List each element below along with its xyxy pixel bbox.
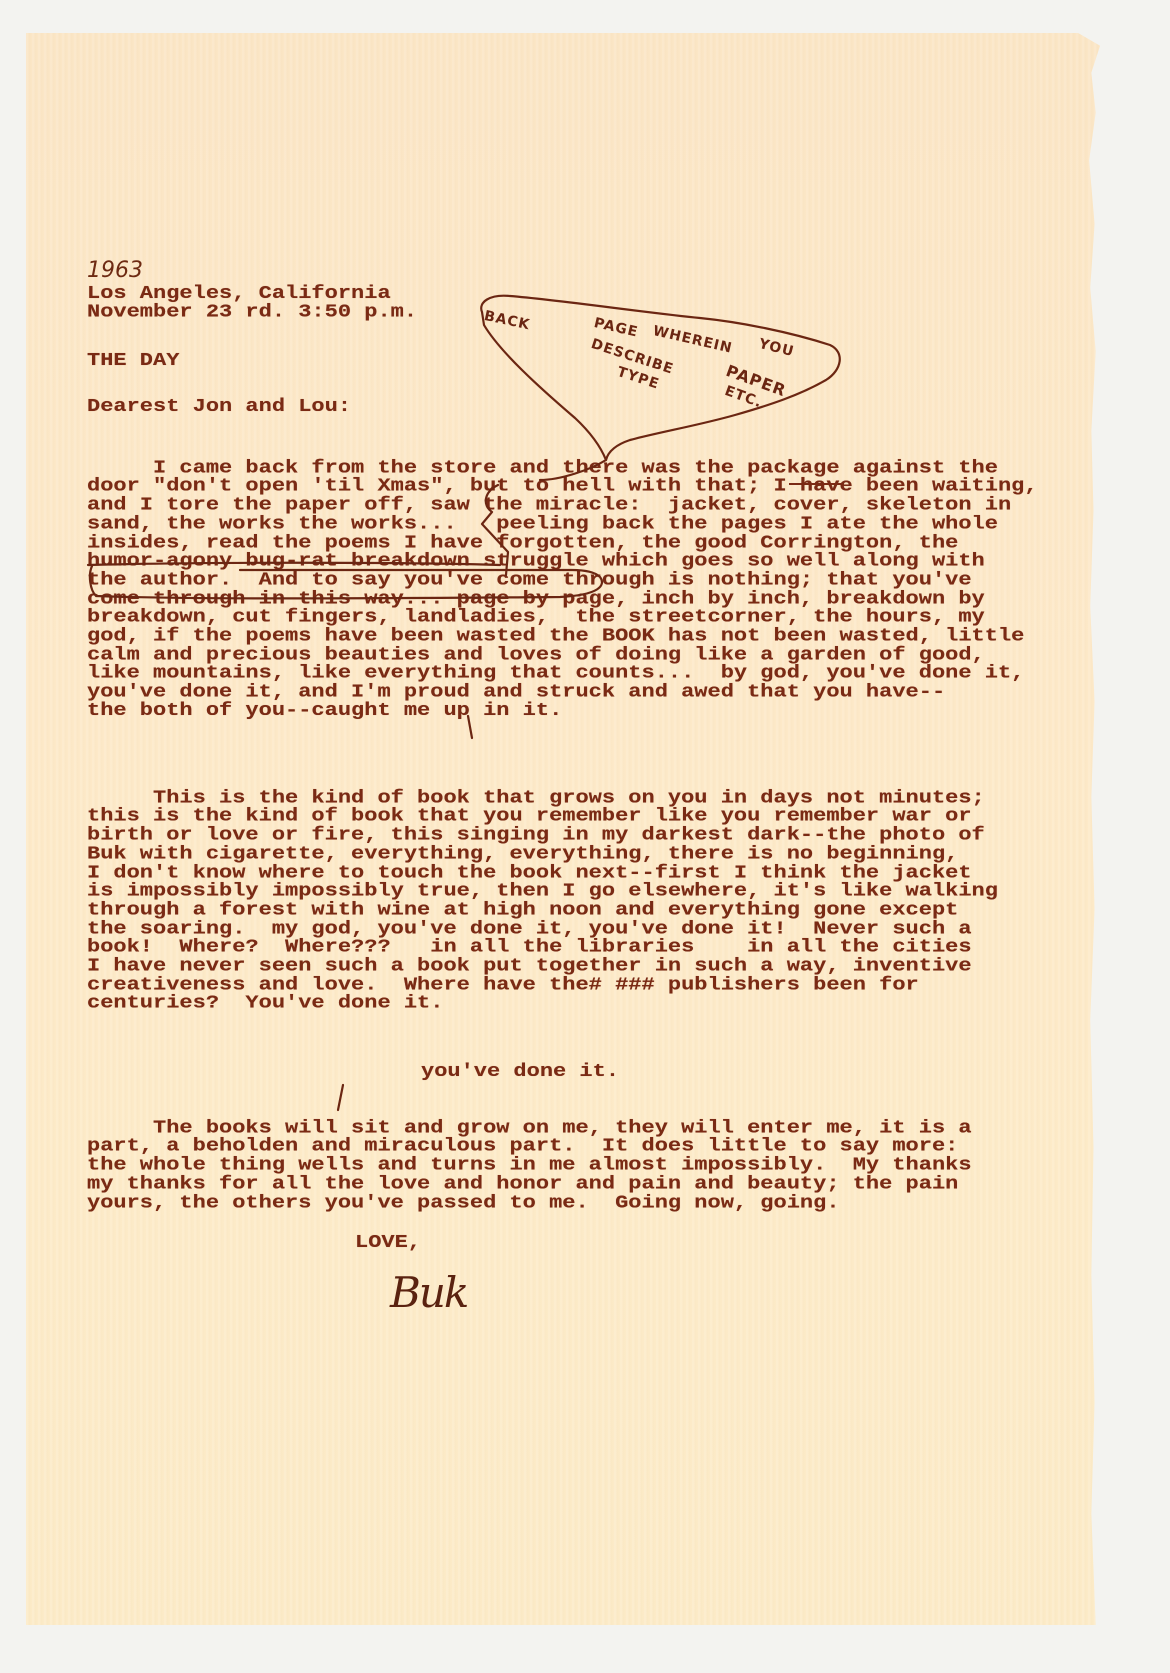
letter-title: THE DAY bbox=[87, 351, 179, 370]
paragraph-line: the soaring. my god, you've done it, you… bbox=[87, 919, 998, 938]
paragraph-line: my thanks for all the love and honor and… bbox=[87, 1175, 972, 1194]
paragraph-line: door "don't open 'til Xmas", but to hell… bbox=[87, 477, 1038, 496]
paragraph-1: I came back from the store and there was… bbox=[87, 440, 1038, 739]
paragraph-line: book! Where? Where??? in all the librari… bbox=[87, 938, 998, 957]
handwritten-year: 1963 bbox=[87, 258, 143, 283]
paragraph-line: centuries? You've done it. bbox=[87, 994, 998, 1013]
paragraph-line: calm and precious beauties and loves of … bbox=[87, 645, 1038, 664]
paragraph-line: the both of you--caught me up in it. bbox=[87, 701, 1038, 720]
paragraph-line: like mountains, like everything that cou… bbox=[87, 664, 1038, 683]
paragraph-line: creativeness and love. Where have the# #… bbox=[87, 975, 998, 994]
paragraph-line: you've done it, and I'm proud and struck… bbox=[87, 683, 1038, 702]
paragraph-line: is impossibly impossibly true, then I go… bbox=[87, 882, 998, 901]
letter-header: Los Angeles, CaliforniaNovember 23 rd. 3… bbox=[87, 284, 417, 321]
paragraph-line: humor-agony bug-rat breakdown struggle w… bbox=[87, 552, 1038, 571]
underline-mark bbox=[789, 483, 844, 485]
paragraph-line: breakdown, cut fingers, landladies, the … bbox=[87, 608, 1038, 627]
header-location: Los Angeles, California bbox=[87, 284, 417, 303]
header-date: November 23 rd. 3:50 p.m. bbox=[87, 303, 417, 322]
paragraph-line: I don't know where to touch the book nex… bbox=[87, 863, 998, 882]
paragraph-line: god, if the poems have been wasted the B… bbox=[87, 627, 1038, 646]
paragraph-line: come through in this way... page by page… bbox=[87, 589, 1038, 608]
paragraph-2: This is the kind of book that grows on y… bbox=[87, 770, 998, 1031]
paragraph-line: yours, the others you've passed to me. G… bbox=[87, 1193, 972, 1212]
paragraph-3: The books will sit and grow on me, they … bbox=[87, 1100, 972, 1231]
paragraph-line: part, a beholden and miraculous part. It… bbox=[87, 1137, 972, 1156]
paragraph-line: Buk with cigarette, everything, everythi… bbox=[87, 845, 998, 864]
paragraph-line: I came back from the store and there was… bbox=[87, 459, 1038, 478]
paragraph-line: I have never seen such a book put togeth… bbox=[87, 957, 998, 976]
paragraph-line: This is the kind of book that grows on y… bbox=[87, 789, 998, 808]
paragraph-line: this is the kind of book that you rememb… bbox=[87, 807, 998, 826]
paragraph-line: the author. And to say you've come throu… bbox=[87, 571, 1038, 590]
paragraph-line: insides, read the poems I have forgotten… bbox=[87, 533, 1038, 552]
paragraph-line: The books will sit and grow on me, they … bbox=[87, 1119, 972, 1138]
paragraph-line: the whole thing wells and turns in me al… bbox=[87, 1156, 972, 1175]
paragraph-line: birth or love or fire, this singing in m… bbox=[87, 826, 998, 845]
paragraph-line: sand, the works the works... peeling bac… bbox=[87, 515, 1038, 534]
salutation: Dearest Jon and Lou: bbox=[87, 397, 351, 416]
closing: LOVE, bbox=[355, 1233, 421, 1252]
centered-line: you've done it. bbox=[421, 1062, 619, 1081]
paragraph-line: and I tore the paper off, saw the miracl… bbox=[87, 496, 1038, 515]
paragraph-line: through a forest with wine at high noon … bbox=[87, 901, 998, 920]
signature: Buk bbox=[390, 1268, 467, 1317]
